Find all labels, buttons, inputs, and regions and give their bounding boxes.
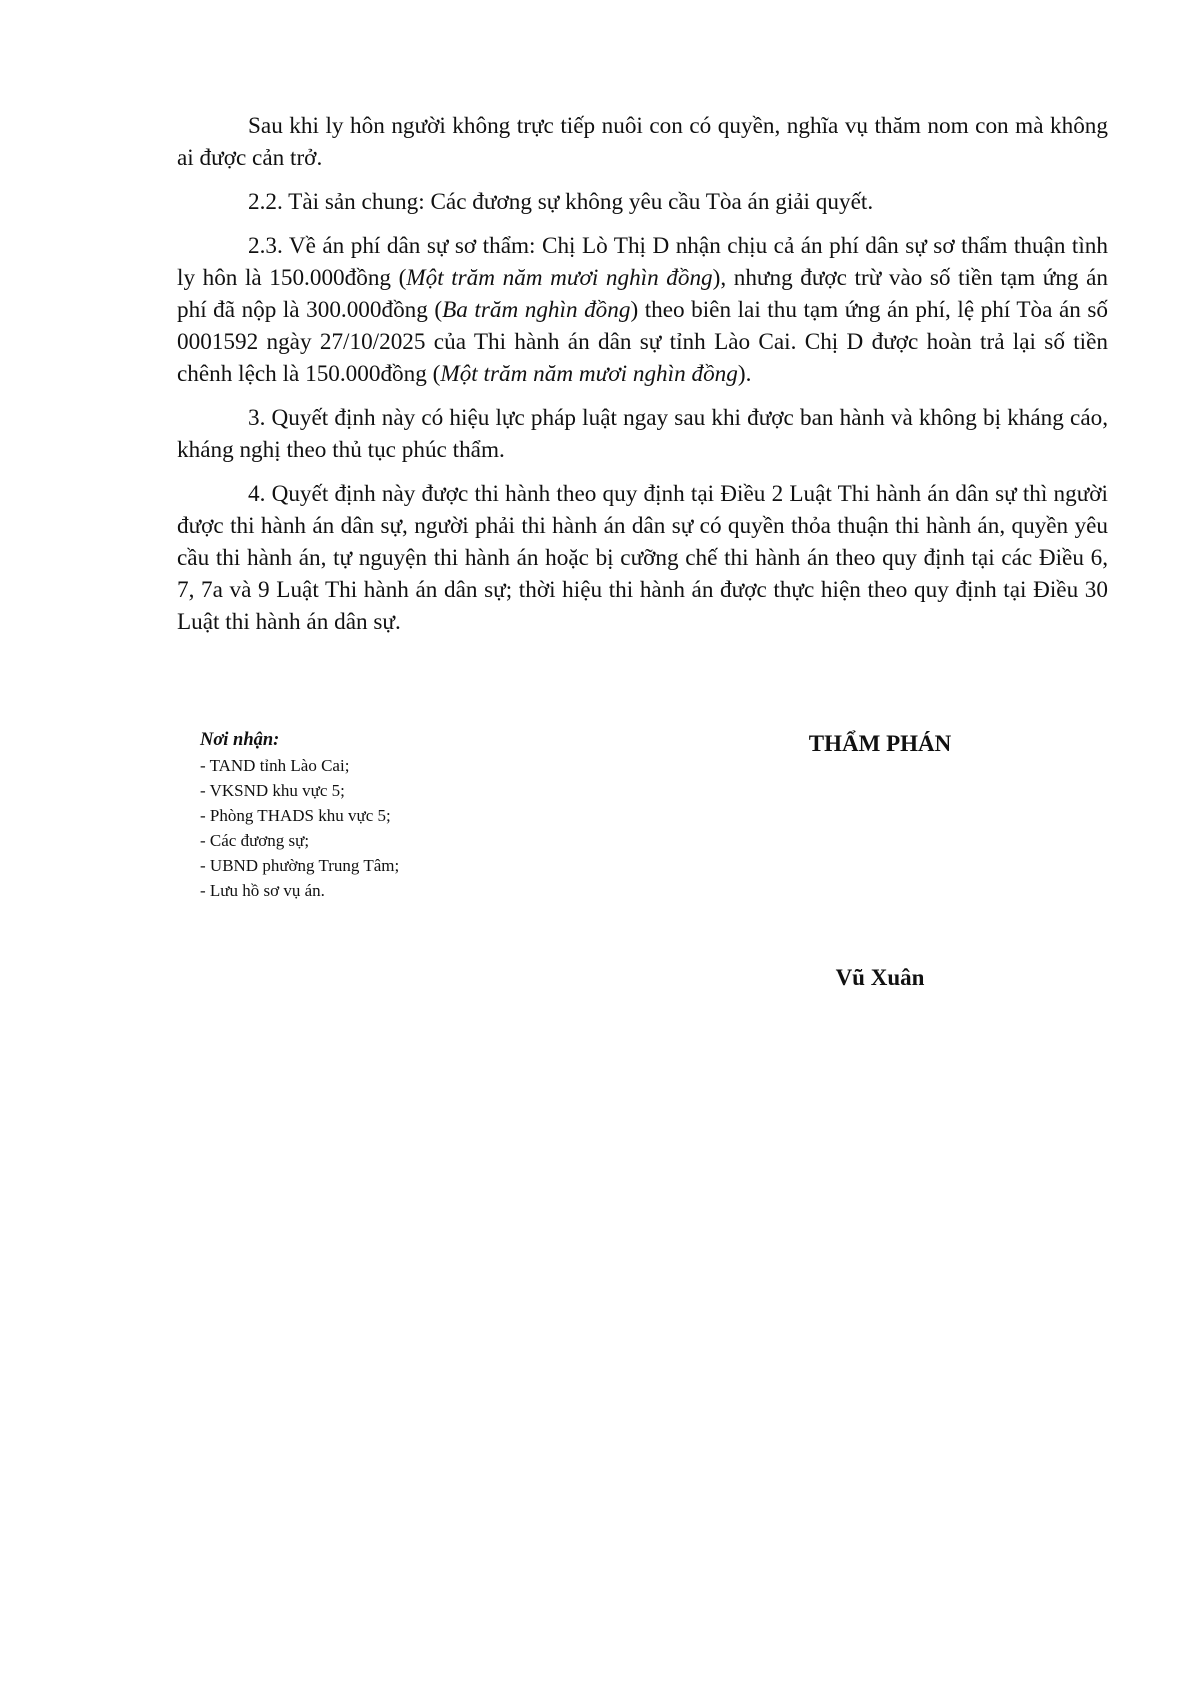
paragraph-text: Sau khi ly hôn người không trực tiếp nuô… — [177, 113, 1108, 171]
paragraph-text: 2.2. Tài sản chung: Các đương sự không y… — [248, 189, 873, 215]
paragraph-enforcement: 4. Quyết định này được thi hành theo quy… — [177, 478, 1108, 638]
paragraph-text: 4. Quyết định này được thi hành theo quy… — [177, 481, 1108, 635]
signature-title: THẨM PHÁN — [730, 728, 1030, 760]
recipient-item: - VKSND khu vực 5; — [200, 778, 520, 803]
recipients-list: - TAND tỉnh Lào Cai; - VKSND khu vực 5; … — [200, 753, 520, 903]
recipient-item: - TAND tỉnh Lào Cai; — [200, 753, 520, 778]
paragraph-text: 3. Quyết định này có hiệu lực pháp luật … — [177, 405, 1108, 463]
amount-in-words: Một trăm năm mươi nghìn đồng — [406, 265, 712, 291]
amount-in-words: Một trăm năm mươi nghìn đồng — [440, 361, 737, 387]
recipient-item: - Các đương sự; — [200, 828, 520, 853]
paragraph-legal-effect: 3. Quyết định này có hiệu lực pháp luật … — [177, 402, 1108, 466]
document-page: Sau khi ly hôn người không trực tiếp nuô… — [0, 0, 1190, 1684]
signatory-name: Vũ Xuân — [730, 962, 1030, 994]
recipients-block: Nơi nhận: - TAND tỉnh Lào Cai; - VKSND k… — [200, 728, 520, 903]
recipient-item: - Lưu hồ sơ vụ án. — [200, 878, 520, 903]
paragraph-text: ). — [738, 361, 752, 387]
recipient-item: - Phòng THADS khu vực 5; — [200, 803, 520, 828]
paragraph-custody-visitation: Sau khi ly hôn người không trực tiếp nuô… — [177, 110, 1108, 174]
decision-body: Sau khi ly hôn người không trực tiếp nuô… — [177, 110, 1108, 650]
paragraph-shared-property: 2.2. Tài sản chung: Các đương sự không y… — [177, 186, 1108, 218]
amount-in-words: Ba trăm nghìn đồng — [442, 297, 630, 323]
recipient-item: - UBND phường Trung Tâm; — [200, 853, 520, 878]
paragraph-court-fees: 2.3. Về án phí dân sự sơ thẩm: Chị Lò Th… — [177, 230, 1108, 390]
recipients-heading: Nơi nhận: — [200, 728, 520, 753]
